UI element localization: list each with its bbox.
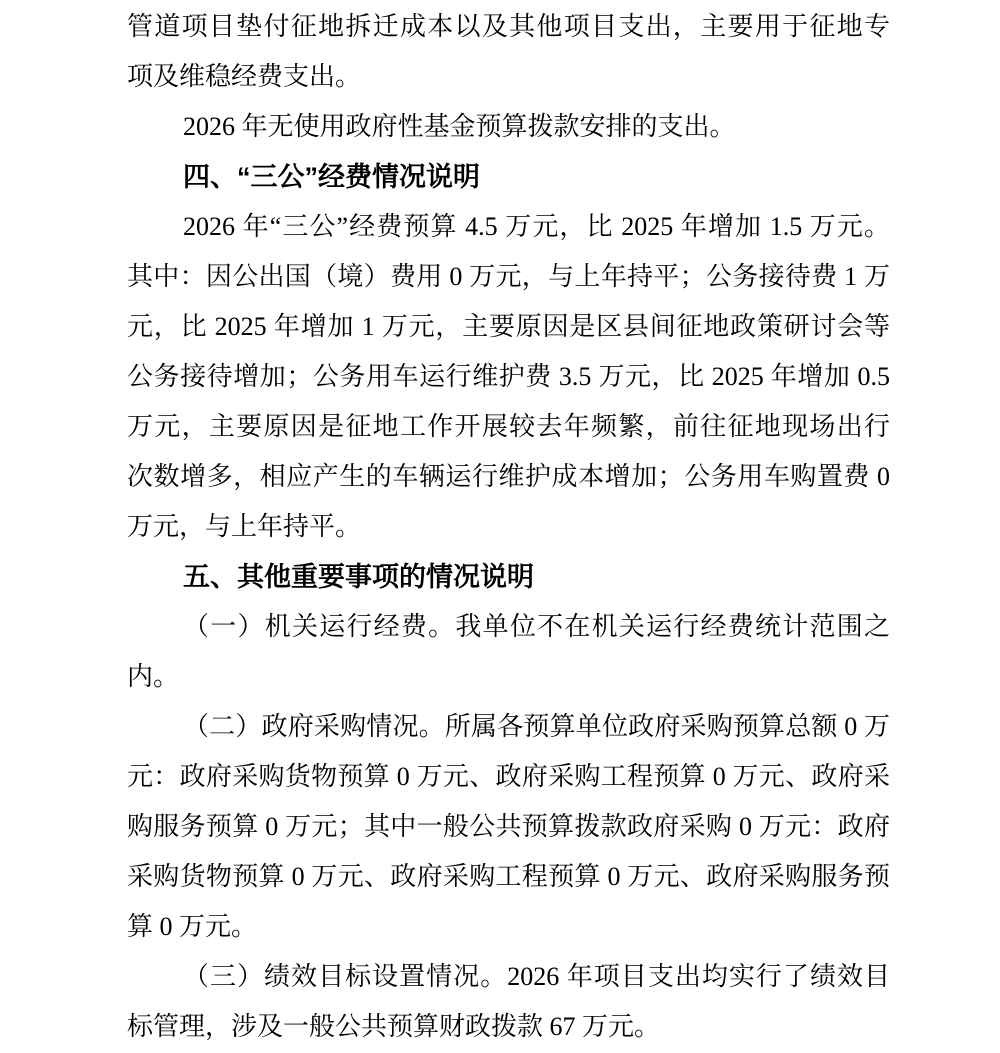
para-agency-operating-expense: （一）机关运行经费。我单位不在机关运行经费统计范围之 内。 bbox=[127, 602, 890, 702]
text-line: 2026 年“三公”经费预算 4.5 万元，比 2025 年增加 1.5 万元。 bbox=[127, 202, 890, 252]
para-three-public-details: 2026 年“三公”经费预算 4.5 万元，比 2025 年增加 1.5 万元。… bbox=[127, 202, 890, 552]
text-line: 购服务预算 0 万元；其中一般公共预算拨款政府采购 0 万元：政府 bbox=[127, 802, 890, 852]
heading-three-public-expenses: 四、“三公”经费情况说明 bbox=[127, 152, 890, 202]
document-text-block: 管道项目垫付征地拆迁成本以及其他项目支出，主要用于征地专 项及维稳经费支出。 2… bbox=[127, 0, 890, 1052]
heading-other-important-items: 五、其他重要事项的情况说明 bbox=[127, 552, 890, 602]
text-line: 其中：因公出国（境）费用 0 万元，与上年持平；公务接待费 1 万 bbox=[127, 252, 890, 302]
text-line: 次数增多，相应产生的车辆运行维护成本增加；公务用车购置费 0 bbox=[127, 452, 890, 502]
text-line: 万元，与上年持平。 bbox=[127, 502, 890, 552]
text-line: 元，比 2025 年增加 1 万元，主要原因是区县间征地政策研讨会等 bbox=[127, 302, 890, 352]
para-performance-targets: （三）绩效目标设置情况。2026 年项目支出均实行了绩效目 标管理，涉及一般公共… bbox=[127, 952, 890, 1052]
text-line: 万元，主要原因是征地工作开展较去年频繁，前往征地现场出行 bbox=[127, 402, 890, 452]
para-government-procurement: （二）政府采购情况。所属各预算单位政府采购预算总额 0 万 元：政府采购货物预算… bbox=[127, 702, 890, 952]
text-line: （二）政府采购情况。所属各预算单位政府采购预算总额 0 万 bbox=[127, 702, 890, 752]
section-heading: 五、其他重要事项的情况说明 bbox=[127, 552, 890, 602]
text-line: 公务接待增加；公务用车运行维护费 3.5 万元，比 2025 年增加 0.5 bbox=[127, 352, 890, 402]
section-heading: 四、“三公”经费情况说明 bbox=[127, 152, 890, 202]
text-line: 管道项目垫付征地拆迁成本以及其他项目支出，主要用于征地专 bbox=[127, 2, 890, 52]
text-line: 标管理，涉及一般公共预算财政拨款 67 万元。 bbox=[127, 1002, 890, 1052]
text-line: （一）机关运行经费。我单位不在机关运行经费统计范围之 bbox=[127, 602, 890, 652]
para-pipeline-project-expense: 管道项目垫付征地拆迁成本以及其他项目支出，主要用于征地专 项及维稳经费支出。 bbox=[127, 2, 890, 102]
text-line: 算 0 万元。 bbox=[127, 902, 890, 952]
text-line: 项及维稳经费支出。 bbox=[127, 52, 890, 102]
text-line: 2026 年无使用政府性基金预算拨款安排的支出。 bbox=[127, 102, 890, 152]
document-page: 管道项目垫付征地拆迁成本以及其他项目支出，主要用于征地专 项及维稳经费支出。 2… bbox=[0, 0, 1000, 1053]
text-line: 内。 bbox=[127, 652, 890, 702]
text-line: （三）绩效目标设置情况。2026 年项目支出均实行了绩效目 bbox=[127, 952, 890, 1002]
text-line: 采购货物预算 0 万元、政府采购工程预算 0 万元、政府采购服务预 bbox=[127, 852, 890, 902]
text-line: 元：政府采购货物预算 0 万元、政府采购工程预算 0 万元、政府采 bbox=[127, 752, 890, 802]
para-no-gov-fund-expense: 2026 年无使用政府性基金预算拨款安排的支出。 bbox=[127, 102, 890, 152]
